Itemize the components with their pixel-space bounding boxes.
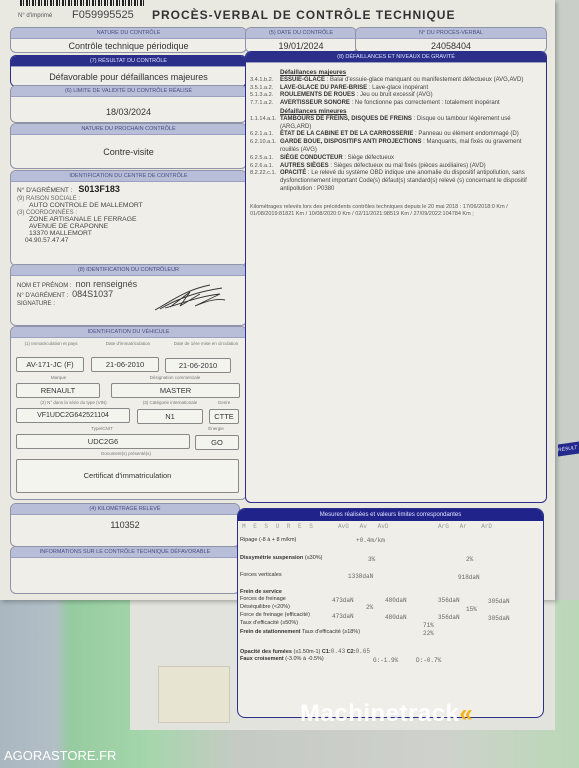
defaillance-code: 3.4.1.b.2. xyxy=(250,77,280,85)
defaillance-code: 6.2.5.a.1. xyxy=(250,155,280,163)
col-ard: ArD xyxy=(481,523,492,530)
opacite-label: Opacité des fumées xyxy=(240,649,292,655)
defaillance-text: TAMBOURS DE FREINS, DISQUES DE FREINS : … xyxy=(280,116,538,132)
barcode xyxy=(20,0,145,6)
defaillance-title: OPACITÉ xyxy=(280,170,306,176)
defaillance-desc: : Sièges défectueux ou mal fixés (pièces… xyxy=(330,163,485,169)
info-defavorable-header: Informations sur le contrôle technique d… xyxy=(11,547,239,558)
watermark-text: Machinetrack xyxy=(300,700,459,727)
centre-box: Identification du centre de contrôle N° … xyxy=(10,170,247,266)
chevrons-icon: « xyxy=(459,700,473,727)
documents-field: Certificat d'immatriculation xyxy=(16,459,239,493)
forces-freinage-ard: 305daN xyxy=(488,598,510,605)
force-efficace-arg: 356daN xyxy=(438,614,460,621)
centre-raison: AUTO CONTROLE DE MALLEMORT xyxy=(29,202,246,209)
col-avd: AvD xyxy=(378,523,389,530)
stamp-sticker xyxy=(158,666,230,723)
opacite-limit: (≤1.50m-1) xyxy=(294,649,321,655)
opacite-c2-label: C2: xyxy=(347,649,356,655)
defaillance-desc: : Le relevé du système OBD indique une a… xyxy=(280,170,527,192)
parallelisme-limit: (-3.0% à -0.5%) xyxy=(285,656,324,662)
dissymetrie-label: Dissymétrie suspension xyxy=(240,555,303,561)
pv-number-value: 24058404 xyxy=(356,41,546,51)
date-controle-box: (5) Date du contrôle 19/01/2024 xyxy=(245,27,357,53)
prochain-box: Nature du prochain contrôle Contre-visit… xyxy=(10,123,247,169)
km-history: Kilométrages relevés lors des précédents… xyxy=(250,204,538,218)
mesures-col-label: M E S U R E S xyxy=(242,523,315,530)
col-av: Av xyxy=(360,523,367,530)
centre-address1: ZONE ARTISANALE LE FERRAGE xyxy=(29,216,246,223)
forces-verticales-label: Forces verticales xyxy=(240,572,282,578)
date-controle-header: (5) Date du contrôle xyxy=(246,28,356,39)
defaillance-desc: : Jeu ou bruit excessif (AVG) xyxy=(357,92,433,98)
kilometrage-box: (4) Kilométrage relevé 110352 xyxy=(10,503,240,547)
defaillance-item: 7.7.1.a.2.AVERTISSEUR SONORE : Ne foncti… xyxy=(250,100,538,108)
ripage-value: +0.4m/km xyxy=(356,537,385,544)
stationnement-taux: 22% xyxy=(423,630,434,637)
genre-label: Genre xyxy=(209,400,239,405)
documents-label: Document(s) présenté(s) xyxy=(16,451,236,456)
limite-box: (6) Limite de validité du contrôle réali… xyxy=(10,85,247,123)
desequilibre-rear: 15% xyxy=(466,606,477,613)
parallelisme-row: Faux croisement (-3.0% à -0.5%) xyxy=(240,656,324,662)
parallelisme-d: D:-0.7% xyxy=(416,657,441,664)
forces-freinage-avd: 480daN xyxy=(385,597,407,604)
defaillance-title: ÉTAT DE LA CABINE ET DE LA CARROSSERIE xyxy=(280,131,413,137)
col-arg: ArG xyxy=(438,523,449,530)
mesures-box: Mesures réalisées et valeurs limites cor… xyxy=(237,508,544,718)
centre-agrement-row: N° D'AGRÉMENT :S013F183 xyxy=(17,184,246,194)
defaillance-item: 3.4.1.b.2.ESSUIE-GLACE : Balai d'essuie-… xyxy=(250,77,538,85)
defaillance-code: 6.2.6.a.1. xyxy=(250,163,280,171)
defaillance-text: ÉTAT DE LA CABINE ET DE LA CARROSSERIE :… xyxy=(280,131,538,139)
defaillance-desc: : Lave-glace inopérant xyxy=(369,85,428,91)
vehicule-box: Identification du véhicule (1) Immatricu… xyxy=(10,326,247,500)
defaillance-text: ROULEMENTS DE ROUES : Jeu ou bruit exces… xyxy=(280,92,538,100)
defaillance-text: GARDE BOUE, DISPOSITIFS ANTI PROJECTIONS… xyxy=(280,139,538,155)
defaillance-title: GARDE BOUE, DISPOSITIFS ANTI PROJECTIONS xyxy=(280,139,421,145)
printed-number: F059995525 xyxy=(72,9,134,21)
defaillance-text: LAVE-GLACE DU PARE-BRISE : Lave-glace in… xyxy=(280,85,538,93)
date-first-label: Date de 1ère mise en circulation xyxy=(171,341,241,346)
printed-number-label: N° d'imprimé xyxy=(18,13,52,19)
majeures-list: 3.4.1.b.2.ESSUIE-GLACE : Balai d'essuie-… xyxy=(250,77,538,108)
type-label: Type/CNIT xyxy=(16,426,188,431)
prochain-header: Nature du prochain contrôle xyxy=(11,124,246,135)
defaillances-list: Défaillances majeures 3.4.1.b.2.ESSUIE-G… xyxy=(246,63,546,194)
agorastore-label: AGORASTORE.FR xyxy=(4,748,116,763)
centre-agrement-label: N° D'AGRÉMENT : xyxy=(17,187,72,194)
defaillance-desc: : Balai d'essuie-glace manquant ou manif… xyxy=(327,77,524,83)
defaillance-title: AUTRES SIÈGES xyxy=(280,163,329,169)
forces-freinage-avg: 473daN xyxy=(332,597,354,604)
centre-header: Identification du centre de contrôle xyxy=(11,171,246,182)
opacite-c1-label: C1: xyxy=(322,649,331,655)
defaillance-item: 8.2.22.c.1.OPACITÉ : Le relevé du systèm… xyxy=(250,170,538,193)
controleur-name: non renseignés xyxy=(76,279,138,289)
forces-verticales-front: 1338daN xyxy=(348,573,373,580)
categorie-label: (3) Catégorie internationale xyxy=(136,400,204,405)
defaillance-desc: : Panneau ou élément endommagé (D) xyxy=(415,131,519,137)
date-first-field: 21-06-2010 xyxy=(165,358,231,373)
kilometrage-value: 110352 xyxy=(11,520,239,530)
centre-address3: 13370 MALLEMORT xyxy=(29,230,246,237)
defaillance-code: 8.2.22.c.1. xyxy=(250,170,280,193)
dissymetrie-limit: (≤30%) xyxy=(305,555,323,561)
force-efficace-avd: 480daN xyxy=(385,614,407,621)
centre-address2: AVENUE DE CRAPONNE xyxy=(29,223,246,230)
majeures-title: Défaillances majeures xyxy=(280,69,538,77)
prochain-value: Contre-visite xyxy=(11,147,246,157)
categorie-field: N1 xyxy=(137,409,203,424)
force-efficace-label: Force de freinage (efficacité) xyxy=(240,612,310,618)
desequilibre-front: 2% xyxy=(366,604,373,611)
machinetrack-watermark: Machinetrack« xyxy=(300,700,473,728)
defaillance-title: LAVE-GLACE DU PARE-BRISE xyxy=(280,85,367,91)
genre-field: CTTE xyxy=(209,409,239,424)
controleur-agrement: 084S1037 xyxy=(72,289,113,299)
defaillance-text: SIÈGE CONDUCTEUR : Siège défectueux xyxy=(280,155,538,163)
defaillance-title: ESSUIE-GLACE xyxy=(280,77,325,83)
force-efficace-avg: 473daN xyxy=(332,613,354,620)
parallelisme-label: Faux croisement xyxy=(240,656,284,662)
defaillance-item: 6.2.1.a.1.ÉTAT DE LA CABINE ET DE LA CAR… xyxy=(250,131,538,139)
forces-freinage-arg: 356daN xyxy=(438,597,460,604)
stationnement-taux-label: Taux d'efficacité (≥18%) xyxy=(302,629,360,635)
pv-number-header: N° du procès-verbal xyxy=(356,28,546,39)
defaillance-code: 1.1.14.a.1. xyxy=(250,116,280,132)
vin-label: (2) N° dans la série du type (VIN) xyxy=(16,400,131,405)
document-title: PROCÈS-VERBAL DE CONTRÔLE TECHNIQUE xyxy=(152,8,455,22)
defaillance-desc: : Ne fonctionne pas correctement : total… xyxy=(352,100,500,106)
vin-field: VF1UDC2G642521104 xyxy=(16,408,130,423)
date-immat-field: 21-06-2010 xyxy=(91,357,159,372)
document-sheet: N° d'imprimé F059995525 PROCÈS-VERBAL DE… xyxy=(0,0,555,600)
col-ar: Ar xyxy=(460,523,467,530)
defaillance-text: AVERTISSEUR SONORE : Ne fonctionne pas c… xyxy=(280,100,538,108)
defaillance-text: OPACITÉ : Le relevé du système OBD indiq… xyxy=(280,170,538,193)
immat-label: (1) Immatriculation et pays xyxy=(16,341,86,346)
defaillance-text: ESSUIE-GLACE : Balai d'essuie-glace manq… xyxy=(280,77,538,85)
defaillance-item: 6.2.5.a.1.SIÈGE CONDUCTEUR : Siège défec… xyxy=(250,155,538,163)
immat-field: AV-171-JC (F) xyxy=(16,357,84,372)
stationnement-row: Frein de stationnement Taux d'efficacité… xyxy=(240,629,360,635)
defaillance-code: 6.2.10.a.1. xyxy=(250,139,280,155)
defaillance-title: AVERTISSEUR SONORE xyxy=(280,100,350,106)
stationnement-label: Frein de stationnement xyxy=(240,629,301,635)
nature-box: Nature du contrôle Contrôle technique pé… xyxy=(10,27,247,53)
limite-header: (6) Limite de validité du contrôle réali… xyxy=(11,86,246,97)
marque-field: RENAULT xyxy=(16,383,100,398)
forces-verticales-rear: 918daN xyxy=(458,574,480,581)
defaillance-code: 6.2.1.a.1. xyxy=(250,131,280,139)
cols-rear: ArG Ar ArD xyxy=(438,523,492,530)
limite-value: 18/03/2024 xyxy=(11,107,246,117)
controleur-agrement-label: N° D'AGRÉMENT : xyxy=(17,293,68,299)
date-controle-value: 19/01/2024 xyxy=(246,41,356,51)
signature-scribble xyxy=(150,282,230,312)
taux-value: 71% xyxy=(423,622,434,629)
mineures-list: 1.1.14.a.1.TAMBOURS DE FREINS, DISQUES D… xyxy=(250,116,538,194)
defaillance-item: 6.2.10.a.1.GARDE BOUE, DISPOSITIFS ANTI … xyxy=(250,139,538,155)
marque-label: Marque xyxy=(16,375,101,380)
dissymetrie-rear: 2% xyxy=(466,556,473,563)
defaillance-title: SIÈGE CONDUCTEUR xyxy=(280,155,343,161)
resultat-value: Défavorable pour défaillances majeures xyxy=(11,72,246,82)
dissymetrie-front: 3% xyxy=(368,556,375,563)
designation-field: MASTER xyxy=(111,383,240,398)
desequilibre-label: Déséquilibre (<20%) xyxy=(240,604,290,610)
type-field: UDC2G6 xyxy=(16,434,190,449)
energie-field: GO xyxy=(195,435,239,450)
designation-label: Désignation commerciale xyxy=(111,375,239,380)
controleur-header: (8) Identification du contrôleur xyxy=(11,265,246,276)
centre-phone: 04.90.57.47.47 xyxy=(25,237,246,244)
defaillance-code: 7.7.1.a.2. xyxy=(250,100,280,108)
col-avg: AvG xyxy=(338,523,349,530)
opacite-c1: 0.43 xyxy=(331,648,345,655)
defaillance-code: 5.1.3.a.2. xyxy=(250,92,280,100)
pv-number-box: N° du procès-verbal 24058404 xyxy=(355,27,547,53)
mineures-title: Défaillances mineures xyxy=(280,108,538,116)
dissymetrie-row: Dissymétrie suspension (≤30%) xyxy=(240,555,323,561)
nature-value: Contrôle technique périodique xyxy=(11,41,246,51)
defaillance-item: 5.1.3.a.2.ROULEMENTS DE ROUES : Jeu ou b… xyxy=(250,92,538,100)
taux-label: Taux d'efficacité (≥50%) xyxy=(240,620,298,626)
opacite-c2: 0.65 xyxy=(356,648,370,655)
info-defavorable-box: Informations sur le contrôle technique d… xyxy=(10,546,240,594)
defaillances-box: (8) Défaillances et niveaux de gravité D… xyxy=(245,51,547,503)
defaillance-title: ROULEMENTS DE ROUES xyxy=(280,92,355,98)
energie-label: Énergie xyxy=(195,426,237,431)
force-efficace-ard: 305daN xyxy=(488,615,510,622)
forces-freinage-label: Forces de freinage xyxy=(240,596,286,602)
parallelisme-g: G:-1.9% xyxy=(373,657,398,664)
resultat-header: (7) Résultat du contrôle xyxy=(11,56,246,67)
defaillance-item: 1.1.14.a.1.TAMBOURS DE FREINS, DISQUES D… xyxy=(250,116,538,132)
defaillance-item: 3.5.1.a.2.LAVE-GLACE DU PARE-BRISE : Lav… xyxy=(250,85,538,93)
centre-agrement: S013F183 xyxy=(78,184,120,194)
resultat-box: (7) Résultat du contrôle Défavorable pou… xyxy=(10,55,247,87)
frein-service-label: Frein de service xyxy=(240,589,282,595)
side-document-tag: RÉSULT xyxy=(558,442,579,457)
cols-front: AvG Av AvD xyxy=(338,523,388,530)
opacite-row: Opacité des fumées (≤1.50m-1) C1:0.43 C2… xyxy=(240,648,370,655)
defaillance-title: TAMBOURS DE FREINS, DISQUES DE FREINS xyxy=(280,116,412,122)
defaillance-desc: : Siège défectueux xyxy=(344,155,394,161)
nature-header: Nature du contrôle xyxy=(11,28,246,39)
date-immat-label: Date d'immatriculation xyxy=(93,341,163,346)
vehicule-header: Identification du véhicule xyxy=(11,327,246,338)
defaillances-header: (8) Défaillances et niveaux de gravité xyxy=(246,52,546,63)
ripage-label: Ripage (-8 à + 8 m/km) xyxy=(240,537,296,543)
defaillance-code: 3.5.1.a.2. xyxy=(250,85,280,93)
kilometrage-header: (4) Kilométrage relevé xyxy=(11,504,239,515)
mesures-header: Mesures réalisées et valeurs limites cor… xyxy=(238,509,543,521)
